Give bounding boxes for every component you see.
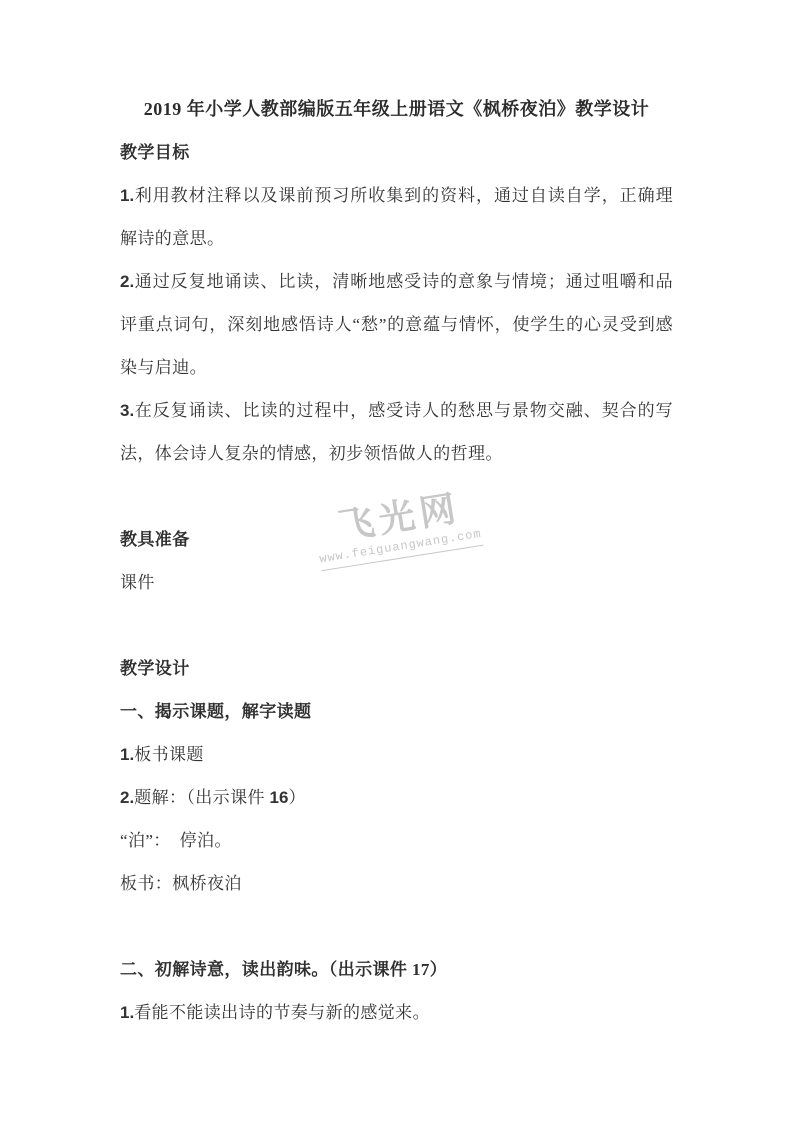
design-part1-board-note: 板书：枫桥夜泊 — [120, 862, 673, 905]
step-number: 1. — [120, 745, 134, 764]
document-title: 2019 年小学人教部编版五年级上册语文《枫桥夜泊》教学设计 — [120, 88, 673, 131]
step-text: 题解：（出示课件 — [134, 788, 269, 807]
step-number: 1. — [120, 1003, 134, 1022]
step-number: 2. — [120, 788, 134, 807]
design-part2-step1: 1.看能不能读出诗的节奏与新的感觉来。 — [120, 991, 673, 1034]
objective-item: 3.在反复诵读、比读的过程中，感受诗人的愁思与景物交融、契合的写法，体会诗人复杂… — [120, 389, 673, 475]
design-part1-note-quote: “泊”： 停泊。 — [120, 819, 673, 862]
design-part2-heading: 二、初解诗意，读出韵味。（出示课件 17） — [120, 948, 673, 991]
materials-content: 课件 — [120, 561, 673, 604]
design-part1-step2: 2.题解：（出示课件 16） — [120, 776, 673, 819]
objective-number: 2. — [120, 272, 134, 291]
step-text: 板书课题 — [134, 745, 204, 764]
step-text-suffix: ） — [288, 788, 305, 807]
objective-item: 2.通过反复地诵读、比读，清晰地感受诗的意象与情境；通过咀嚼和品评重点词句，深刻… — [120, 260, 673, 389]
slide-ref-number: 16 — [270, 788, 289, 807]
step-text: 看能不能读出诗的节奏与新的感觉来。 — [134, 1003, 430, 1022]
design-heading: 教学设计 — [120, 647, 673, 690]
objective-text: 通过反复地诵读、比读，清晰地感受诗的意象与情境；通过咀嚼和品评重点词句，深刻地感… — [120, 272, 673, 377]
objective-text: 在反复诵读、比读的过程中，感受诗人的愁思与景物交融、契合的写法，体会诗人复杂的情… — [120, 401, 673, 463]
objective-text: 利用教材注释以及课前预习所收集到的资料，通过自读自学，正确理解诗的意思。 — [120, 186, 673, 248]
materials-heading: 教具准备 — [120, 518, 673, 561]
design-part1-step1: 1.板书课题 — [120, 733, 673, 776]
objective-number: 1. — [120, 186, 134, 205]
objective-item: 1.利用教材注释以及课前预习所收集到的资料，通过自读自学，正确理解诗的意思。 — [120, 174, 673, 260]
objective-number: 3. — [120, 401, 134, 420]
document-page: 2019 年小学人教部编版五年级上册语文《枫桥夜泊》教学设计 教学目标 1.利用… — [0, 0, 793, 1122]
objectives-heading: 教学目标 — [120, 131, 673, 174]
design-part1-heading: 一、揭示课题，解字读题 — [120, 690, 673, 733]
